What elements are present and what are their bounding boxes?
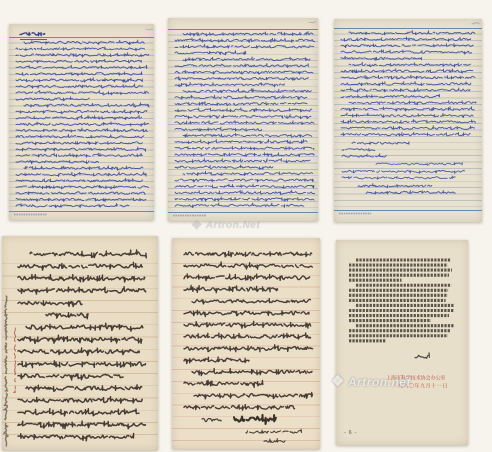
auction-catalog-photo: 上海市科学技术协会办公室 一九八〇年九月十一日 - 6 - ❖ Artron.N… [0,0,492,452]
manuscript-page-4 [2,236,158,450]
handwriting-ink [334,19,482,222]
handwriting-ink [9,24,154,220]
handwriting-ink [168,18,318,221]
typed-page-6: 上海市科学技术协会办公室 一九八〇年九月十一日 - 6 - [336,240,468,445]
handwriting-ink [336,240,468,445]
watermark-text: Artron.Net [206,220,260,231]
handwriting-ink [172,238,320,449]
handwriting-ink [2,236,158,450]
manuscript-page-3 [334,19,482,222]
manuscript-page-1 [9,24,154,220]
manuscript-page-5 [172,238,320,449]
manuscript-page-2 [168,18,318,221]
